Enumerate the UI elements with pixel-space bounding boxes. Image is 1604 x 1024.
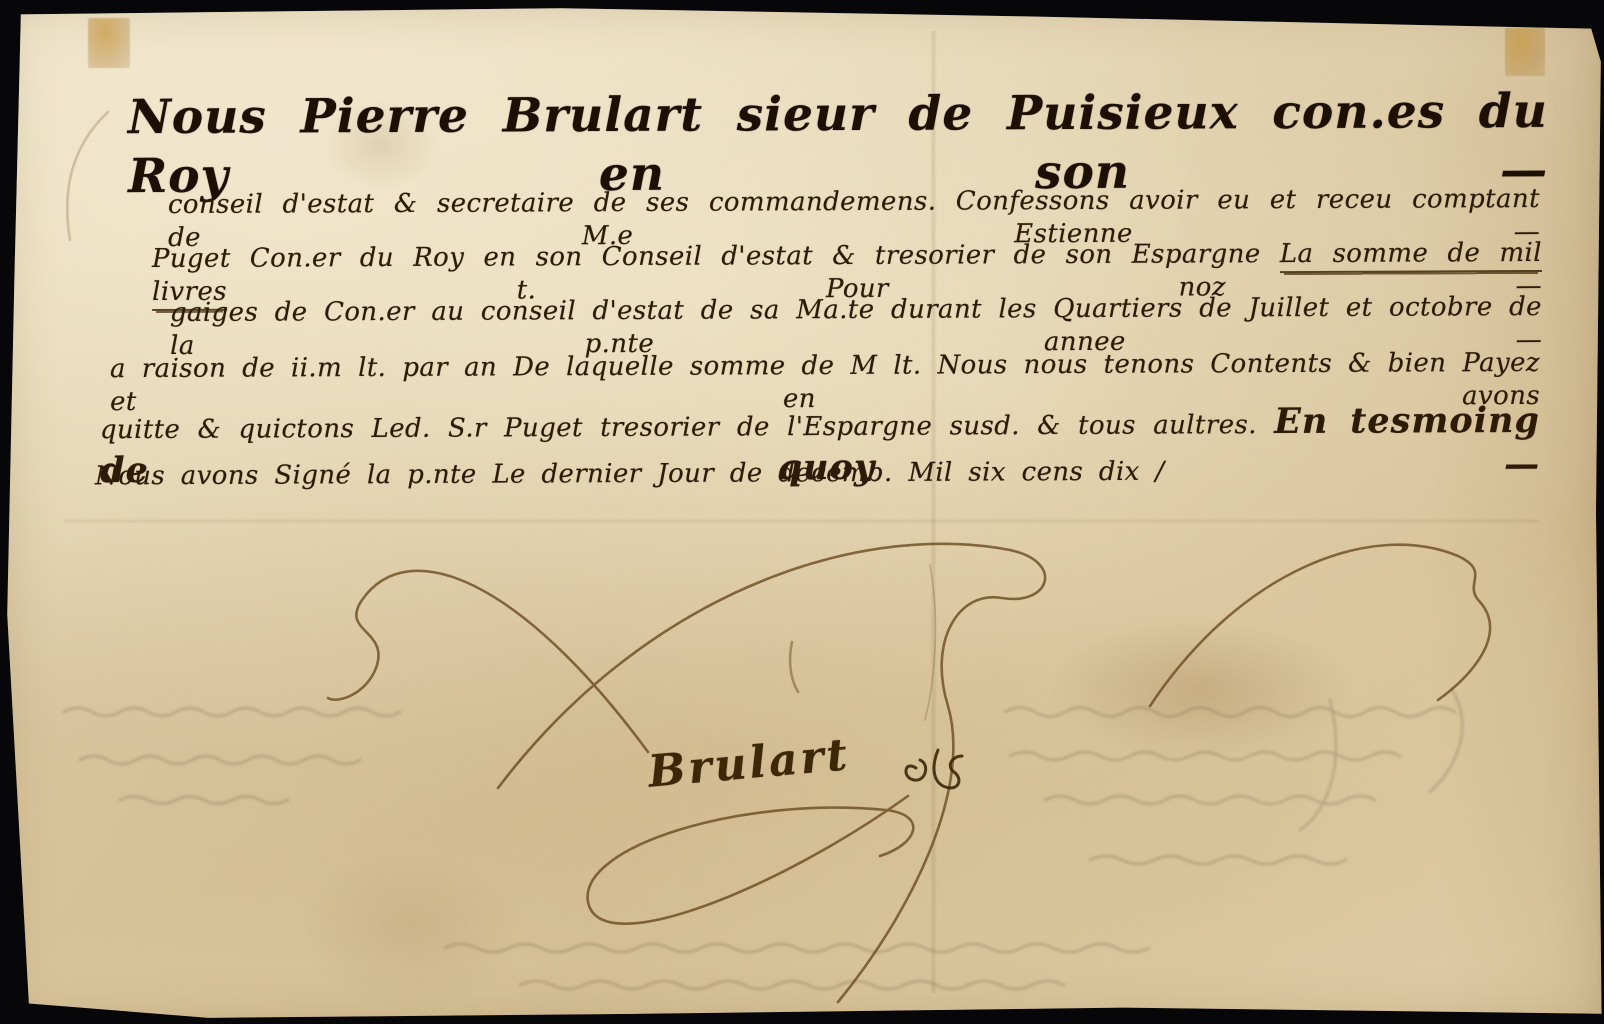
parchment-sheet: Nous Pierre Brulart sieur de Puisieux co… [0,0,1604,1024]
horizontal-fold-crease [64,518,1540,524]
ink-stain [1050,620,1350,760]
soil-stain [300,850,520,1010]
line3-pre: Puget Con.er du Roy en son Conseil d'est… [152,239,1280,274]
tape-mark-top-right [1505,28,1545,76]
tape-mark-top-left [88,18,130,68]
signature: Brulart [646,729,852,797]
scanned-manuscript-photo: Nous Pierre Brulart sieur de Puisieux co… [0,0,1604,1024]
body-line-7-dateline: Nous avons Signé la p.nte Le dernier Jou… [95,456,1195,493]
line6-pre: quitte & quictons Led. S.r Puget tresori… [100,410,1274,445]
